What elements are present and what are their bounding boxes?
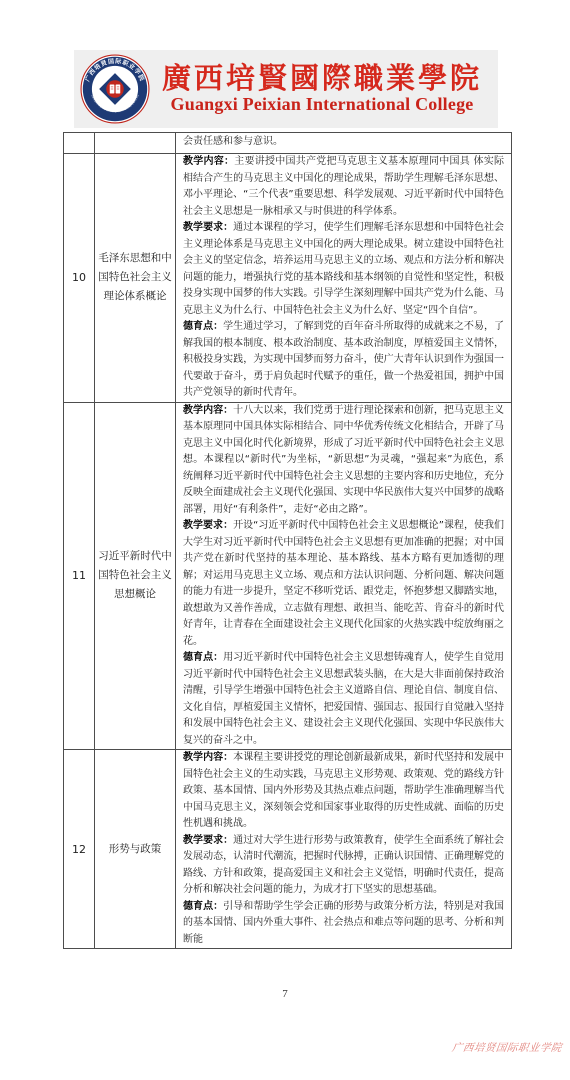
course-content-cell: 教学内容：十八大以来，我们党勇于进行理论探索和创新，把马克思主义基本原理同中国具… [176, 402, 512, 750]
course-name-cell [95, 133, 176, 154]
college-titles: 廣西培賢國際職業學院 Guangxi Peixian International… [150, 63, 498, 115]
table-row-10: 10 毛泽东思想和中国特色社会主义理论体系概论 教学内容：主要讲授中国共产党把马… [64, 154, 512, 403]
college-seal-icon: 广西培贤国际职业学院 GUANGXI PEIXIAN INTERNATIONAL… [80, 54, 150, 124]
table-row-12: 12 形势与政策 教学内容：本课程主要讲授党的理论创新最新成果，新时代坚持和发展… [64, 750, 512, 949]
section-label: 德育点： [183, 901, 223, 912]
row-number-cell: 10 [64, 154, 95, 403]
section-label: 教学内容： [183, 405, 233, 416]
row-number: 12 [72, 843, 86, 856]
college-name-zh: 廣西培賢國際職業學院 [150, 63, 494, 93]
section-text: 本课程主要讲授党的理论创新最新成果，新时代坚持和发展中国特色社会主义的生动实践，… [183, 752, 504, 829]
teaching-content-paragraph: 教学内容：十八大以来，我们党勇于进行理论探索和创新，把马克思主义基本原理同中国具… [176, 403, 511, 519]
section-label: 教学要求： [183, 835, 233, 846]
teaching-content-paragraph: 教学内容：本课程主要讲授党的理论创新最新成果，新时代坚持和发展中国特色社会主义的… [176, 750, 511, 833]
college-logo: 广西培贤国际职业学院 GUANGXI PEIXIAN INTERNATIONAL… [80, 54, 150, 124]
course-name-cell: 毛泽东思想和中国特色社会主义理论体系概论 [95, 154, 176, 403]
section-text: 引导和帮助学生学会正确的形势与政策分析方法，特别是对我国的基本国情、国内外重大事… [183, 901, 504, 945]
course-name: 习近平新时代中国特色社会主义思想概论 [98, 550, 172, 600]
college-header-banner: 广西培贤国际职业学院 GUANGXI PEIXIAN INTERNATIONAL… [74, 50, 498, 128]
section-label: 教学要求： [183, 520, 233, 531]
course-name: 毛泽东思想和中国特色社会主义理论体系概论 [98, 252, 172, 302]
course-content-cell: 会责任感和参与意识。 [176, 133, 512, 154]
page-number: 7 [0, 988, 570, 1000]
footer-watermark: 广西培贤国际职业学院 [451, 1040, 563, 1055]
teaching-requirements-paragraph: 教学要求：开设“习近平新时代中国特色社会主义思想概论”课程，使我们大学生对习近平… [176, 518, 511, 650]
document-page: 广西培贤国际职业学院 GUANGXI PEIXIAN INTERNATIONAL… [0, 0, 570, 1080]
section-text: 用习近平新时代中国特色社会主义思想铸魂育人，使学生自觉用习近平新时代中国特色社会… [183, 652, 504, 746]
section-text: 学生通过学习，了解到党的百年奋斗所取得的成就来之不易，了解我国的根本制度、根本政… [183, 321, 504, 398]
section-text: 通过本课程的学习，使学生们理解毛泽东思想和中国特色社会主义理论体系是马克思主义中… [183, 222, 504, 316]
teaching-content-paragraph: 教学内容：主要讲授中国共产党把马克思主义基本原理同中国具 体实际相结合产生的马克… [176, 154, 511, 220]
row-number-cell [64, 133, 95, 154]
section-text: 十八大以来，我们党勇于进行理论探索和创新，把马克思主义基本原理同中国具体实际相结… [183, 405, 504, 515]
row-number-cell: 12 [64, 750, 95, 949]
section-label: 教学内容： [183, 752, 233, 763]
course-content-cell: 教学内容：本课程主要讲授党的理论创新最新成果，新时代坚持和发展中国特色社会主义的… [176, 750, 512, 949]
content-paragraph: 会责任感和参与意识。 [176, 133, 511, 151]
content-text: 会责任感和参与意识。 [183, 136, 283, 147]
college-name-en: Guangxi Peixian International College [150, 94, 494, 115]
section-label: 德育点： [183, 321, 223, 332]
table-row-carryover: 会责任感和参与意识。 [64, 133, 512, 154]
course-name: 形势与政策 [109, 843, 162, 855]
section-label: 德育点： [183, 652, 223, 663]
section-text: 开设“习近平新时代中国特色社会主义思想概论”课程，使我们大学生对习近平新时代中国… [183, 520, 504, 647]
moral-education-paragraph: 德育点：引导和帮助学生学会正确的形势与政策分析方法，特别是对我国的基本国情、国内… [176, 899, 511, 949]
row-number: 11 [72, 569, 86, 582]
section-label: 教学要求： [183, 222, 233, 233]
moral-education-paragraph: 德育点：用习近平新时代中国特色社会主义思想铸魂育人，使学生自觉用习近平新时代中国… [176, 650, 511, 749]
moral-education-paragraph: 德育点：学生通过学习，了解到党的百年奋斗所取得的成就来之不易，了解我国的根本制度… [176, 319, 511, 402]
teaching-requirements-paragraph: 教学要求：通过本课程的学习，使学生们理解毛泽东思想和中国特色社会主义理论体系是马… [176, 220, 511, 319]
course-content-cell: 教学内容：主要讲授中国共产党把马克思主义基本原理同中国具 体实际相结合产生的马克… [176, 154, 512, 403]
section-label: 教学内容： [183, 156, 234, 167]
course-name-cell: 习近平新时代中国特色社会主义思想概论 [95, 402, 176, 750]
course-name-cell: 形势与政策 [95, 750, 176, 949]
course-table-container: 会责任感和参与意识。 10 毛泽东思想和中国特色社会主义理论体系概论 教学内容：… [63, 132, 508, 949]
row-number-cell: 11 [64, 402, 95, 750]
teaching-requirements-paragraph: 教学要求：通过对大学生进行形势与政策教育，使学生全面系统了解社会发展动态，认清时… [176, 833, 511, 899]
row-number: 10 [72, 271, 86, 284]
table-row-11: 11 习近平新时代中国特色社会主义思想概论 教学内容：十八大以来，我们党勇于进行… [64, 402, 512, 750]
course-table: 会责任感和参与意识。 10 毛泽东思想和中国特色社会主义理论体系概论 教学内容：… [63, 132, 512, 949]
